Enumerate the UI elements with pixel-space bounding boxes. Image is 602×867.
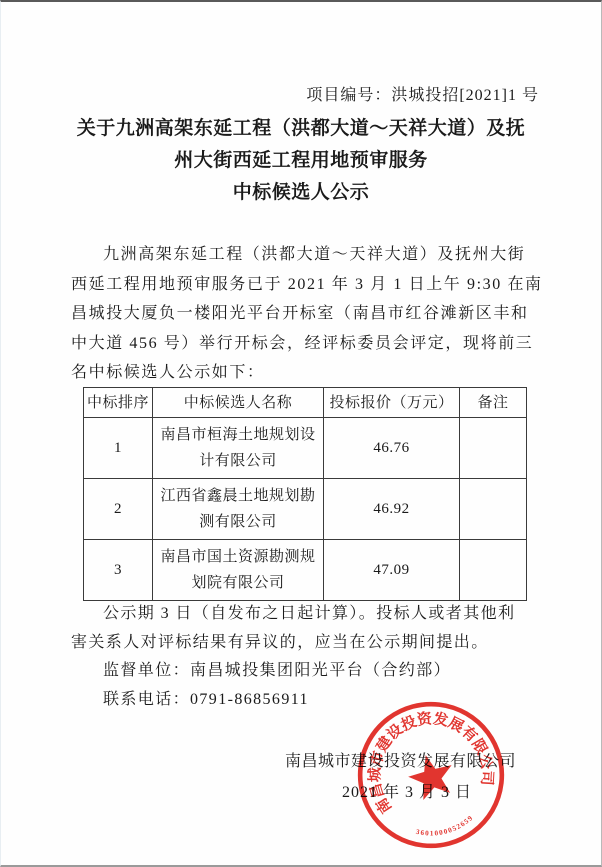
phone-line: 联系电话：0791-86856911 <box>71 686 545 715</box>
notice-paragraph: 公示期 3 日（自发布之日起计算）。投标人或者其他利 害关系人对评标结果有异议的… <box>71 600 545 714</box>
document-title: 关于九洲高架东延工程（洪都大道～天祥大道）及抚 州大街西延工程用地预审服务 中标… <box>41 113 561 209</box>
seal-serial-number: 3601000052659 <box>413 813 477 844</box>
document-page: 项目编号：洪城投招[2021]1 号 关于九洲高架东延工程（洪都大道～天祥大道）… <box>0 0 602 867</box>
body-line: 中大道 456 号）举行开标会，经评标委员会评定，现将前三 <box>71 329 545 359</box>
table-header-row: 中标排序 中标候选人名称 投标报价（万元） 备注 <box>84 388 527 418</box>
seal-ring-circle <box>344 688 518 862</box>
cell-name: 南昌市国土资源勘测规划院有限公司 <box>153 540 324 601</box>
table-row: 2 江西省鑫晨土地规划勘测有限公司 46.92 <box>84 479 527 540</box>
cell-price: 46.76 <box>324 418 460 479</box>
title-line-1: 关于九洲高架东延工程（洪都大道～天祥大道）及抚 <box>41 113 561 145</box>
cell-name: 江西省鑫晨土地规划勘测有限公司 <box>153 479 324 540</box>
title-line-3: 中标候选人公示 <box>41 177 561 209</box>
cell-remark <box>460 418 527 479</box>
body-paragraph: 九洲高架东延工程（洪都大道～天祥大道）及抚州大街 西延工程用地预审服务已于 20… <box>71 240 545 388</box>
cell-remark <box>460 540 527 601</box>
title-line-2: 州大街西延工程用地预审服务 <box>41 145 561 177</box>
body-line: 名中标候选人公示如下： <box>71 358 545 388</box>
body-line: 昌城投大厦负一楼阳光平台开标室（南昌市红谷滩新区丰和 <box>71 299 545 329</box>
body-line: 九洲高架东延工程（洪都大道～天祥大道）及抚州大街 <box>71 240 545 270</box>
header-remark: 备注 <box>460 388 527 418</box>
cell-remark <box>460 479 527 540</box>
table-row: 3 南昌市国土资源勘测规划院有限公司 47.09 <box>84 540 527 601</box>
cell-name: 南昌市桓海土地规划设计有限公司 <box>153 418 324 479</box>
cell-rank: 3 <box>84 540 153 601</box>
signature-company: 南昌城市建设投资发展有限公司 <box>285 748 516 771</box>
body-line: 西延工程用地预审服务已于 2021 年 3 月 1 日上午 9:30 在南 <box>71 270 545 300</box>
header-price: 投标报价（万元） <box>324 388 460 418</box>
supervisor-line: 监督单位：南昌城投集团阳光平台（合约部） <box>71 657 545 686</box>
cell-price: 47.09 <box>324 540 460 601</box>
header-name: 中标候选人名称 <box>153 388 324 418</box>
cell-rank: 1 <box>84 418 153 479</box>
cell-price: 46.92 <box>324 479 460 540</box>
notice-line: 害关系人对评标结果有异议的，应当在公示期间提出。 <box>71 629 545 658</box>
project-number: 项目编号：洪城投招[2021]1 号 <box>306 82 539 105</box>
header-rank: 中标排序 <box>84 388 153 418</box>
notice-line: 公示期 3 日（自发布之日起计算）。投标人或者其他利 <box>71 600 545 629</box>
signature-date: 2021 年 3 月 3 日 <box>342 779 472 802</box>
table-row: 1 南昌市桓海土地规划设计有限公司 46.76 <box>84 418 527 479</box>
bid-candidates-table: 中标排序 中标候选人名称 投标报价（万元） 备注 1 南昌市桓海土地规划设计有限… <box>83 387 527 601</box>
cell-rank: 2 <box>84 479 153 540</box>
